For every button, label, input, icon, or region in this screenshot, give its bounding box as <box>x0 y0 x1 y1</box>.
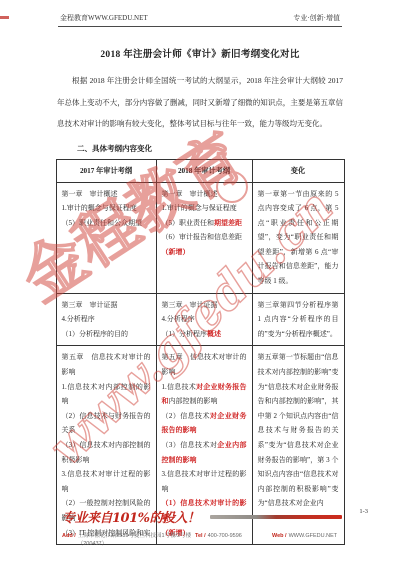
cell-line: 第三章 审计证据 <box>162 298 247 313</box>
cell-line: 3.信息技术对审计过程的影响 <box>62 467 151 496</box>
page-title: 2018 年注册会计师《审计》新旧考纲变化对比 <box>0 46 400 60</box>
footer-gradient-bar <box>210 515 343 519</box>
address-label: Add / <box>62 533 76 539</box>
cell-line: （3）信息技术对内部控制的积极影响 <box>62 438 151 467</box>
table-header-cell: 2017 年审计考纲 <box>56 159 156 182</box>
table-row: 第一章 审计概述1.审计的概念与保证程度（5）职业责任和公众期望第一章 审计概述… <box>56 182 344 293</box>
cell-line: 第三章 审计证据 <box>62 298 151 313</box>
tagline-text: 专业·创新·增值 <box>293 13 340 23</box>
tel-text: 400-700-9596 <box>208 533 242 539</box>
cell-line: （1）分析程序的目的 <box>62 327 151 342</box>
cell-line: 第一章第一节由原来的 5 点内容变成了 6 点，第 5 点“职业责任和公正期望”… <box>258 187 339 289</box>
cell-line: 1.审计的概念与保证程度 <box>62 201 151 216</box>
cell-line: （新增） <box>162 245 247 260</box>
cell-line: （3）信息技术对企业内部控制的影响 <box>162 438 247 467</box>
cell-line: 第三章第四节分析程序第 1 点内容“分析程序的目的”变为“分析程序概述”。 <box>258 298 339 342</box>
cell-line: 第五章 信息技术对审计的影响 <box>62 350 151 379</box>
tel-label: Tel / <box>195 533 206 539</box>
table-cell: 第三章 审计证据4.分析程序（1）分析程序的目的 <box>56 293 156 346</box>
table-cell: 第一章 审计概述1.审计的概念与保证程度（5）职业责任和期望差距（6）审计报告和… <box>156 182 252 293</box>
page-edge-mark <box>0 16 9 19</box>
cell-line: 第五章 信息技术对审计的影响 <box>162 350 247 379</box>
cell-line: （5）职业责任和期望差距 <box>162 216 247 231</box>
syllabus-table-body: 第一章 审计概述1.审计的概念与保证程度（5）职业责任和公众期望第一章 审计概述… <box>56 182 344 545</box>
page-header: 金程教育WWW.GFEDU.NET 专业·创新·增值 <box>58 0 342 27</box>
footer-slogan: 专业来自101%的投入！ <box>62 507 200 526</box>
table-row: 第三章 审计证据4.分析程序（1）分析程序的目的第三章 审计证据4.分析程序（1… <box>56 293 344 346</box>
web-label: Web / <box>272 533 287 539</box>
cell-line: 4.分析程序 <box>162 312 247 327</box>
table-cell: 第一章第一节由原来的 5 点内容变成了 6 点，第 5 点“职业责任和公正期望”… <box>252 182 344 293</box>
cell-line: （1）分析程序概述 <box>162 327 247 342</box>
table-cell: 第三章第四节分析程序第 1 点内容“分析程序的目的”变为“分析程序概述”。 <box>252 293 344 346</box>
cell-line: （2）信息技术对企业财务报告的影响 <box>162 409 247 438</box>
table-header-cell: 2018 年审计考纲 <box>156 159 252 182</box>
cell-line: 1.信息技术对企业财务报告和内部控制的影响 <box>162 380 247 409</box>
cell-line: 1.审计的概念与保证程度 <box>162 201 247 216</box>
contact-line: Add / 上海市松花江路2539号复旦科技园1号楼/2号楼（200437） T… <box>62 531 342 547</box>
brand-text: 金程教育WWW.GFEDU.NET <box>60 13 148 23</box>
cell-line: （6）审计报告和信息差距 <box>162 230 247 245</box>
table-cell: 第一章 审计概述1.审计的概念与保证程度（5）职业责任和公众期望 <box>56 182 156 293</box>
cell-line: （5）职业责任和公众期望 <box>62 216 151 231</box>
page-number: 1-3 <box>359 508 368 515</box>
intro-paragraph: 根据 2018 年注册会计师全国统一考试的大纲显示，2018 年注会审计大纲较 … <box>57 70 343 135</box>
web-text: WWW.GFEDU.NET <box>289 533 338 539</box>
table-header-cell: 变化 <box>252 159 344 182</box>
table-header-row: 2017 年审计考纲2018 年审计考纲变化 <box>56 159 344 182</box>
cell-line: （2）信息技术与财务报告的关系 <box>62 409 151 438</box>
table-cell: 第三章 审计证据4.分析程序（1）分析程序概述 <box>156 293 252 346</box>
address-text: 上海市松花江路2539号复旦科技园1号楼/2号楼（200437） <box>78 531 195 547</box>
page-footer: 专业来自101%的投入！ Add / 上海市松花江路2539号复旦科技园1号楼/… <box>62 507 342 547</box>
cell-line: 1.信息技术对内部控制的影响 <box>62 380 151 409</box>
cell-line: 第五章第一节标题由“信息技术对内部控制的影响”变为“信息技术对企业财务报告和内部… <box>258 350 339 511</box>
section-heading: 二、具体考纲内容变化 <box>77 143 400 154</box>
cell-line: 第一章 审计概述 <box>62 187 151 202</box>
cell-line: 第一章 审计概述 <box>162 187 247 202</box>
cell-line: 4.分析程序 <box>62 312 151 327</box>
syllabus-comparison-table: 2017 年审计考纲2018 年审计考纲变化 第一章 审计概述1.审计的概念与保… <box>56 159 345 546</box>
cell-line: 3.信息技术对审计过程的影响 <box>162 467 247 496</box>
